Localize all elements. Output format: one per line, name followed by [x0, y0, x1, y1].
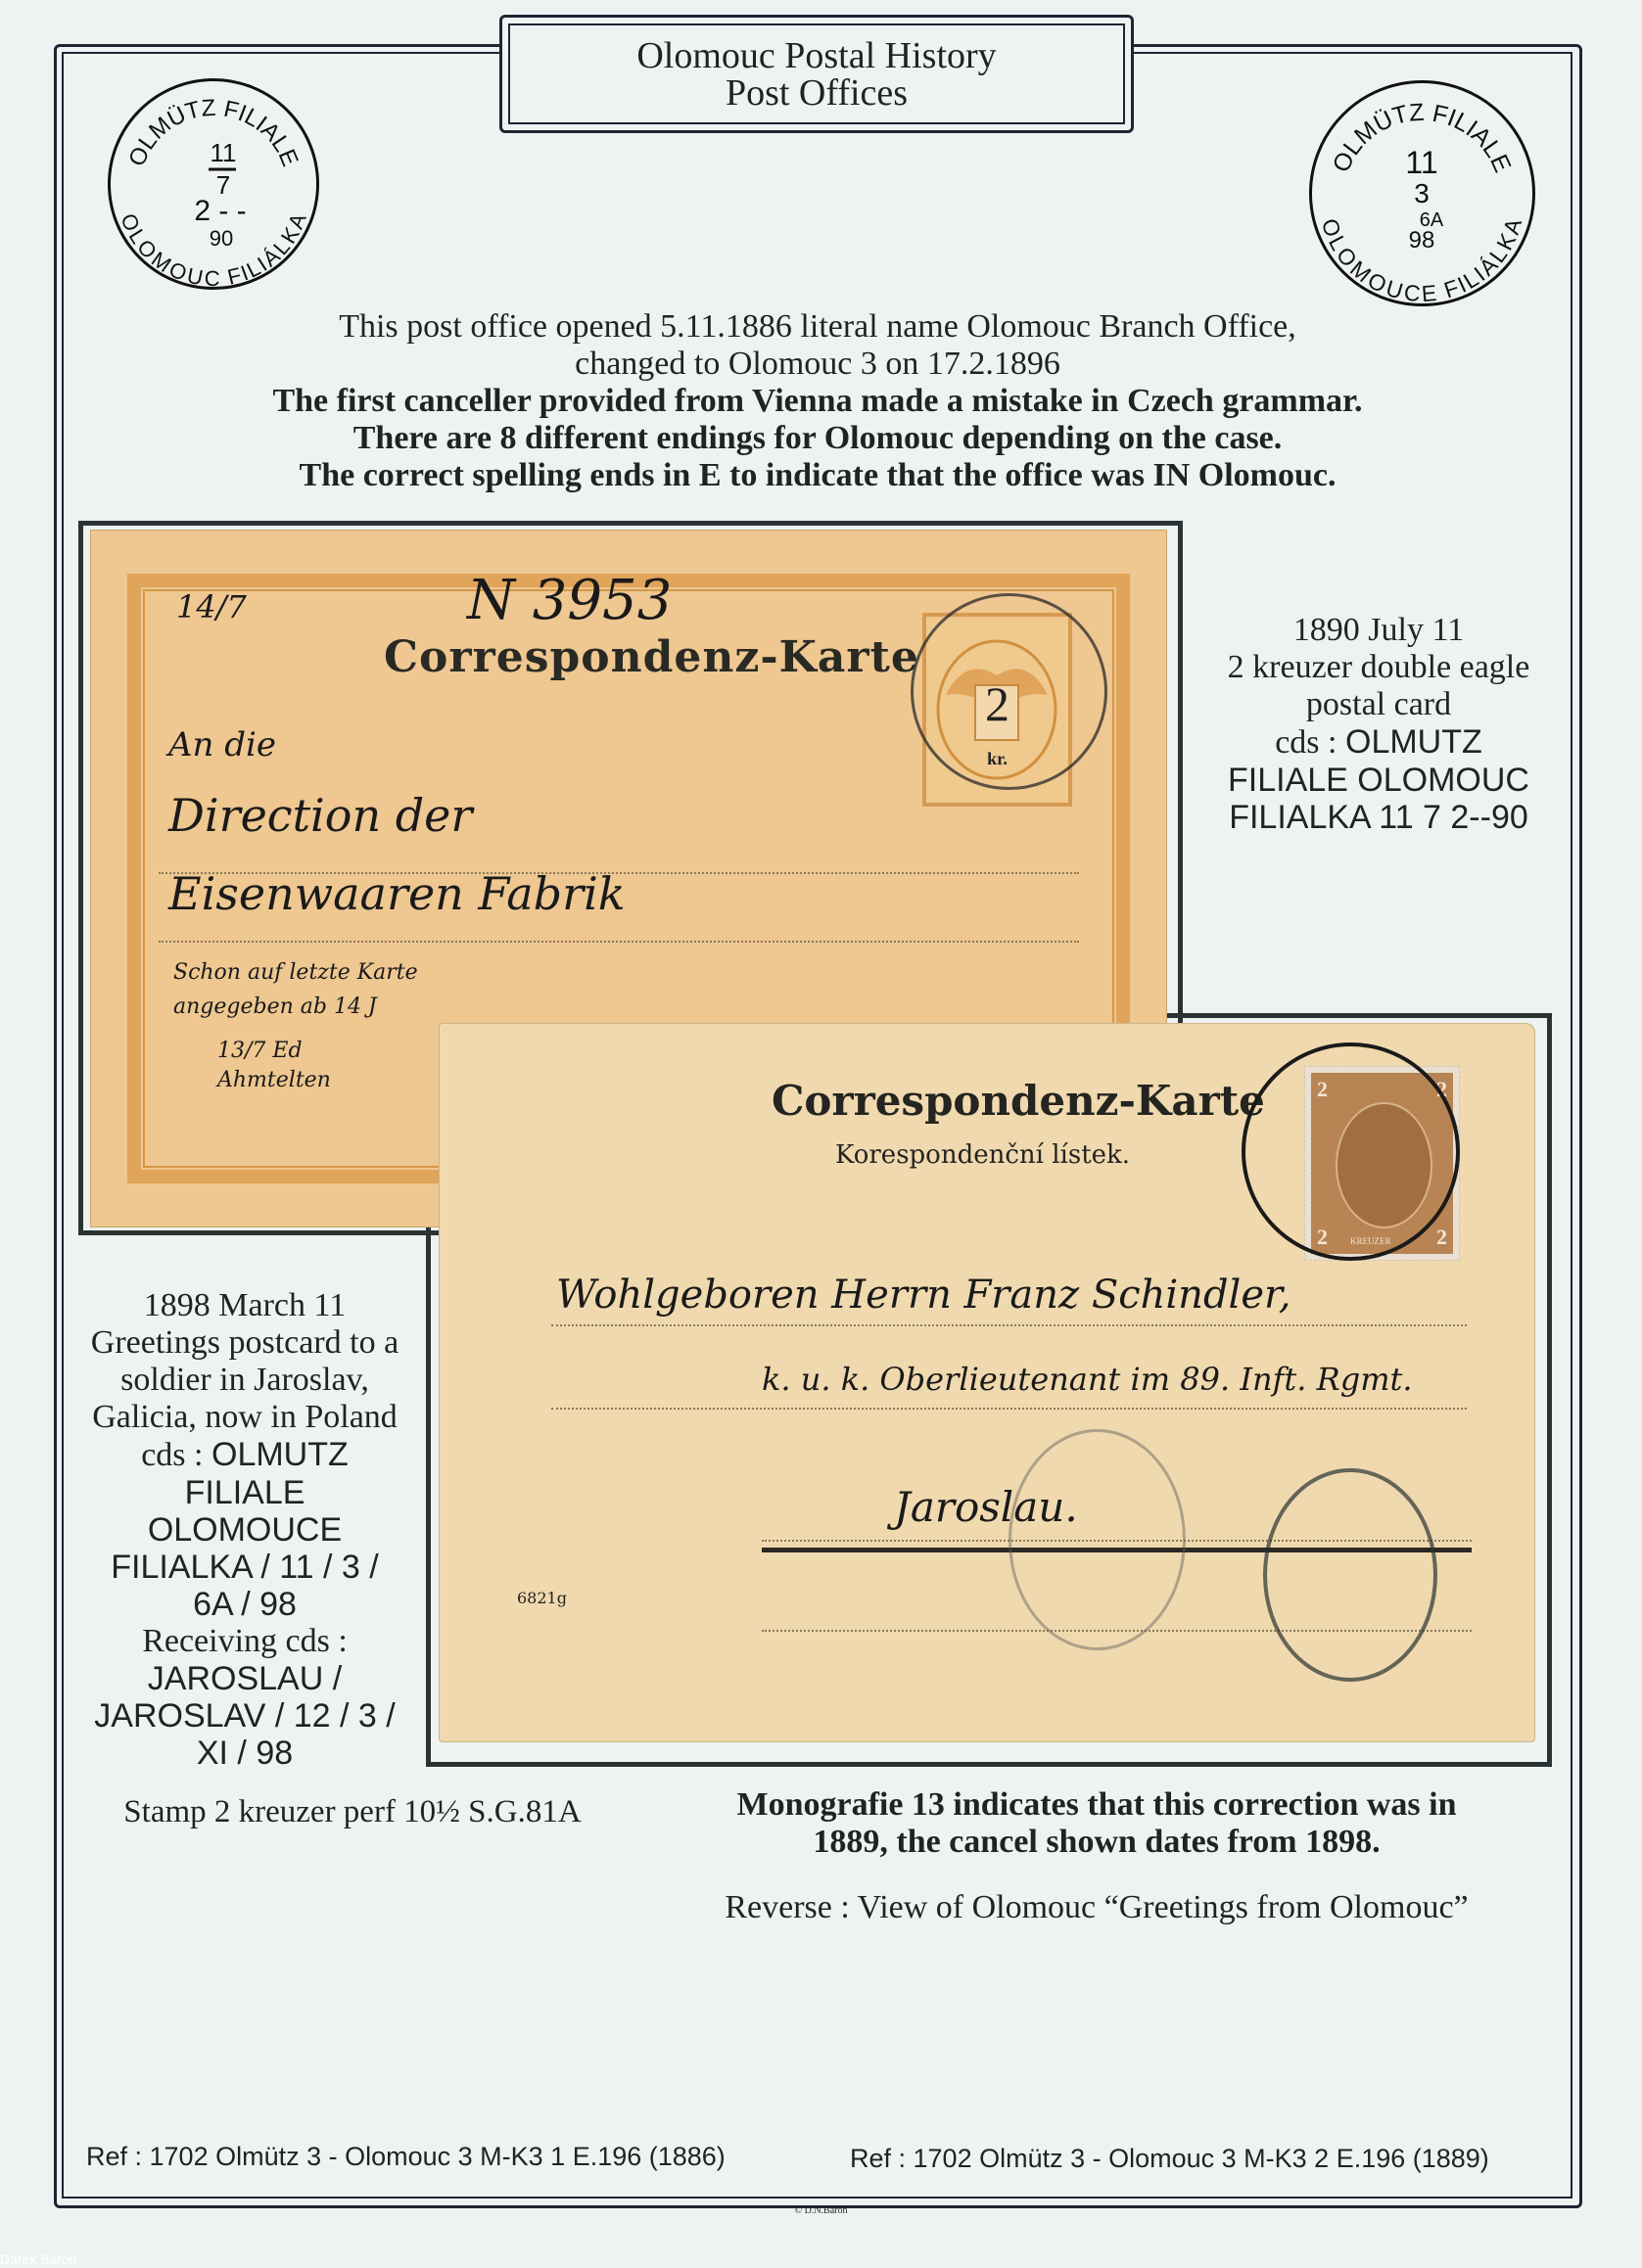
receiving-cds-value: JAROSLAV / 12 / 3 / [64, 1697, 426, 1735]
postmark-icon: OLMÜTZ FILIALE OLOMOUC FILIÁLKA 11 7 2 -… [111, 81, 316, 287]
postmark-icon: OLMÜTZ FILIALE OLOMOUCE FILIÁLKA 11 3 6A… [1312, 83, 1532, 303]
intro-line-bold: The correct spelling ends in E to indica… [117, 457, 1518, 494]
handwritten-note: 13/7 Ed [217, 1039, 303, 1063]
stamp-note: Stamp 2 kreuzer perf 10½ S.G.81A [64, 1794, 641, 1830]
svg-text:2 - -: 2 - - [194, 195, 246, 227]
receiving-postmark-jaroslau [1263, 1468, 1437, 1682]
description-1898: 1898 March 11 Greetings postcard to a so… [64, 1287, 426, 1772]
svg-text:11: 11 [1405, 145, 1437, 180]
cds-value: OLMUTZ [1345, 723, 1482, 761]
description-cds: cds : OLMUTZ [1183, 723, 1574, 762]
cds-value: OLMUTZ [211, 1436, 349, 1473]
description-1890: 1890 July 11 2 kreuzer double eagle post… [1183, 612, 1574, 836]
postmark-on-card-1890 [911, 593, 1107, 790]
handwritten-note: Schon auf letzte Karte [173, 960, 418, 985]
cds-value: FILIALE OLOMOUC [1183, 762, 1574, 799]
address-dotted-line [551, 1324, 1467, 1326]
monografie-note: Monografie 13 indicates that this correc… [627, 1786, 1567, 1861]
handwritten-note: Ahmtelten [217, 1068, 331, 1092]
description-cds: cds : OLMUTZ [64, 1436, 426, 1474]
intro-line: changed to Olomouc 3 on 17.2.1896 [117, 346, 1518, 383]
card-title: Correspondenz-Karte. [384, 632, 935, 682]
handwritten-address-line: Wohlgeboren Herrn Franz Schindler, [556, 1273, 1290, 1318]
cds-value: OLOMOUCE [64, 1511, 426, 1549]
cds-label: cds : [1275, 724, 1345, 761]
card-title: Correspondenz-Karte [772, 1077, 1265, 1125]
svg-text:90: 90 [210, 226, 233, 251]
receiving-cds-value: JAROSLAU / [64, 1660, 426, 1697]
handwritten-note: angegeben ab 14 J [173, 995, 377, 1019]
handwritten-address-line: Direction der [168, 789, 472, 842]
intro-line-bold: The first canceller provided from Vienna… [117, 383, 1518, 420]
page-title-box: Olomouc Postal History Post Offices [499, 15, 1134, 133]
address-dotted-line [159, 941, 1079, 943]
intro-line-bold: There are 8 different endings for Olomou… [117, 420, 1518, 457]
monografie-line: Monografie 13 indicates that this correc… [627, 1786, 1567, 1824]
address-dotted-line [551, 1408, 1467, 1410]
monografie-line: 1889, the cancel shown dates from 1898. [627, 1824, 1567, 1861]
intro-text: This post office opened 5.11.1886 litera… [117, 308, 1518, 494]
description-line: 2 kreuzer double eagle [1183, 649, 1574, 686]
intro-line: This post office opened 5.11.1886 litera… [117, 308, 1518, 346]
reverse-note: Reverse : View of Olomouc “Greetings fro… [627, 1889, 1567, 1926]
handwritten-address-line: k. u. k. Oberlieutenant im 89. Inft. Rgm… [762, 1361, 1413, 1398]
receiving-cds-value: XI / 98 [64, 1735, 426, 1772]
description-line: Greetings postcard to a [64, 1324, 426, 1362]
cds-value: FILIALKA 11 7 2--90 [1183, 799, 1574, 836]
page-subtitle: Post Offices [726, 74, 908, 112]
stamp-value: 2 [1436, 1225, 1447, 1250]
handwritten-date: 14/7 [176, 588, 247, 625]
description-date: 1898 March 11 [64, 1287, 426, 1324]
reference-1889: Ref : 1702 Olmütz 3 - Olomouc 3 M-K3 2 E… [850, 2144, 1489, 2174]
description-date: 1890 July 11 [1183, 612, 1574, 649]
svg-text:11: 11 [211, 138, 237, 167]
page-title: Olomouc Postal History [636, 37, 996, 74]
cancel-illustration-1890: OLMÜTZ FILIALE OLOMOUC FILIÁLKA 11 7 2 -… [108, 78, 319, 290]
receiving-cds-label: Receiving cds : [64, 1623, 426, 1660]
cds-value: FILIALE [64, 1474, 426, 1511]
printer-code: 6821g [517, 1589, 567, 1607]
svg-text:98: 98 [1409, 227, 1435, 254]
cds-value: 6A / 98 [64, 1586, 426, 1623]
description-line: postal card [1183, 686, 1574, 723]
handwritten-number: N 3953 [467, 569, 672, 632]
description-line: Galicia, now in Poland [64, 1399, 426, 1436]
cancel-illustration-1898: OLMÜTZ FILIALE OLOMOUCE FILIÁLKA 11 3 6A… [1309, 80, 1535, 306]
receiving-postmark-faint [1009, 1429, 1186, 1650]
svg-text:3: 3 [1414, 178, 1430, 208]
reference-1886: Ref : 1702 Olmütz 3 - Olomouc 3 M-K3 1 E… [86, 2142, 726, 2172]
postmark-on-card-1898 [1242, 1042, 1460, 1261]
watermark: Darek Baron [0, 2251, 77, 2267]
cds-label: cds : [141, 1437, 211, 1473]
description-line: soldier in Jaroslav, [64, 1362, 426, 1399]
copyright-notice: © D.N.Baron [0, 2205, 1642, 2216]
card-subtitle: Korespondenční lístek. [835, 1140, 1130, 1170]
handwritten-address-line: An die [168, 725, 276, 764]
handwritten-address-line: Eisenwaaren Fabrik [168, 867, 626, 920]
cds-value: FILIALKA / 11 / 3 / [64, 1549, 426, 1586]
